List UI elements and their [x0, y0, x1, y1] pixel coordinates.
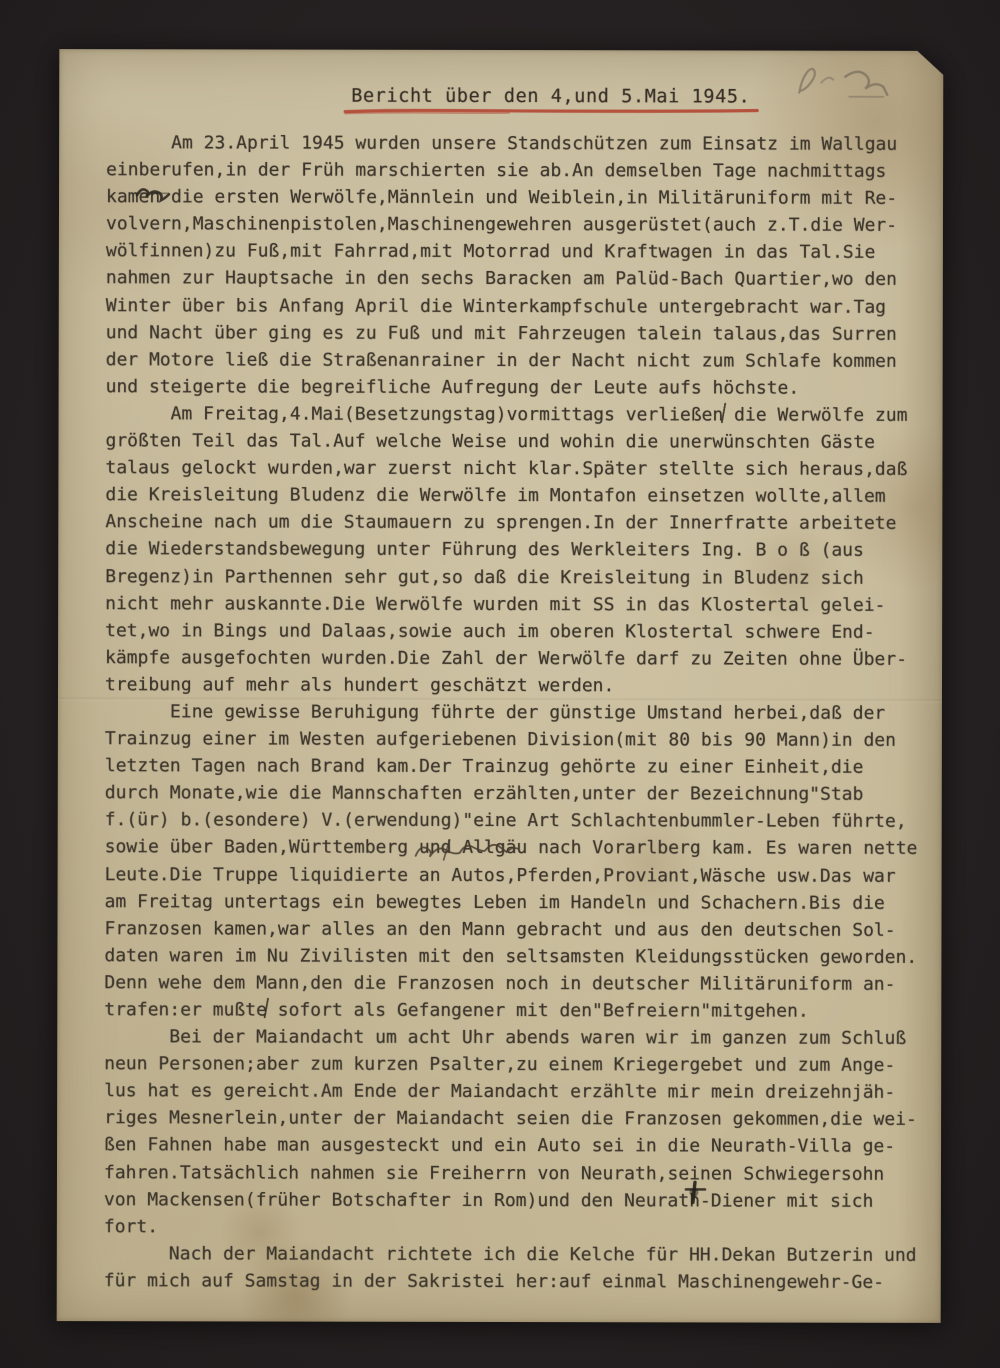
text-line: Leute.Die Truppe liquidierte an Autos,Pf… [105, 861, 917, 890]
text-line: Eine gewisse Beruhigung führte der günst… [105, 698, 917, 727]
text-line: größten Teil das Tal.Auf welche Weise un… [105, 427, 917, 456]
text-line: und steigerte die begreifliche Aufregung… [106, 373, 918, 402]
text-line: ßen Fahnen habe man ausgesteckt und ein … [104, 1132, 916, 1161]
text-line: neun Personen;aber zum kurzen Psalter,zu… [104, 1050, 916, 1079]
paragraph: Nach der Maiandacht richtete ich die Kel… [104, 1240, 916, 1296]
text-line: Denn wehe dem Mann,den die Franzosen noc… [104, 969, 916, 998]
text-line: kämpfe ausgefochten wurden.Die Zahl der … [105, 644, 917, 673]
text-line: letzten Tagen nach Brand kam.Der Trainzu… [105, 752, 917, 781]
text-line: nicht mehr auskannte.Die Werwölfe wurden… [105, 590, 917, 619]
text-line: fort. [104, 1213, 916, 1242]
text-line: Bei der Maiandacht um acht Uhr abends wa… [104, 1023, 916, 1052]
text-line: Bregenz)in Parthennen sehr gut,so daß di… [105, 563, 917, 592]
paragraph: Am Freitag,4.Mai(Besetzungstag)vormittag… [105, 400, 918, 700]
text-line: riges Mesnerlein,unter der Maiandacht se… [104, 1105, 916, 1134]
page-background: { "document": { "title": "Bericht über d… [0, 0, 1000, 1368]
text-line: Trainzug einer im Westen aufgeriebenen D… [105, 725, 917, 754]
text-line: trafen:er mußte sofort als Gefangener mi… [104, 996, 916, 1025]
text-line: wölfinnen)zu Fuß,mit Fahrrad,mit Motorra… [106, 238, 918, 267]
text-line: fahren.Tatsächlich nahmen sie Freiherrn … [104, 1159, 916, 1188]
text-line: volvern,Maschinenpistolen,Maschinengeweh… [106, 210, 918, 239]
text-line: die Kreisleitung Bludenz die Werwölfe im… [105, 481, 917, 510]
text-line: von Mackensen(früher Botschafter in Rom)… [104, 1186, 916, 1215]
text-line: Franzosen kamen,war alles an den Mann ge… [104, 915, 916, 944]
text-line: lus hat es gereicht.Am Ende der Maiandac… [104, 1077, 916, 1106]
text-line: f.(ür) b.(esondere) V.(erwendung)"eine A… [105, 807, 917, 836]
text-line: am Freitag untertags ein bewegtes Leben … [105, 888, 917, 917]
document-title: Bericht über den 4,und 5.Mai 1945. [351, 86, 750, 108]
text-line: Winter über bis Anfang April die Winterk… [106, 292, 918, 321]
text-line: kamen die ersten Werwölfe,Männlein und W… [106, 183, 918, 212]
text-line: einberufen,in der Früh marschierten sie … [106, 156, 918, 185]
text-line: Am 23.April 1945 wurden unsere Standschü… [106, 129, 918, 158]
text-line: daten waren im Nu Zivilisten mit den sel… [104, 942, 916, 971]
text-line: sowie über Baden,Württemberg und Allgäu … [105, 834, 917, 863]
text-line: und Nacht über ging es zu Fuß und mit Fa… [106, 319, 918, 348]
document-body: Am 23.April 1945 wurden unsere Standschü… [104, 129, 918, 1296]
text-line: tet,wo in Bings und Dalaas,sowie auch im… [105, 617, 917, 646]
text-line: Nach der Maiandacht richtete ich die Kel… [104, 1240, 916, 1269]
paragraph: Bei der Maiandacht um acht Uhr abends wa… [104, 1023, 916, 1241]
text-line: der Motore ließ die Straßenanrainer in d… [106, 346, 918, 375]
text-line: durch Monate,wie die Mannschaften erzähl… [105, 779, 917, 808]
text-line: für mich auf Samstag in der Sakristei he… [104, 1267, 916, 1296]
paragraph: Eine gewisse Beruhigung führte der günst… [104, 698, 917, 1025]
text-line: Am Freitag,4.Mai(Besetzungstag)vormittag… [106, 400, 918, 429]
document-paper: Bericht über den 4,und 5.Mai 1945. Am 23… [57, 49, 944, 1323]
text-line: talaus gelockt wurden,war zuerst nicht k… [105, 454, 917, 483]
text-line: nahmen zur Hauptsache in den sechs Barac… [106, 265, 918, 294]
text-line: treibung auf mehr als hundert geschätzt … [105, 671, 917, 700]
text-line: Anscheine nach um die Staumauern zu spre… [105, 508, 917, 537]
text-line: die Wiederstandsbewegung unter Führung d… [105, 536, 917, 565]
paragraph: Am 23.April 1945 wurden unsere Standschü… [106, 129, 919, 402]
